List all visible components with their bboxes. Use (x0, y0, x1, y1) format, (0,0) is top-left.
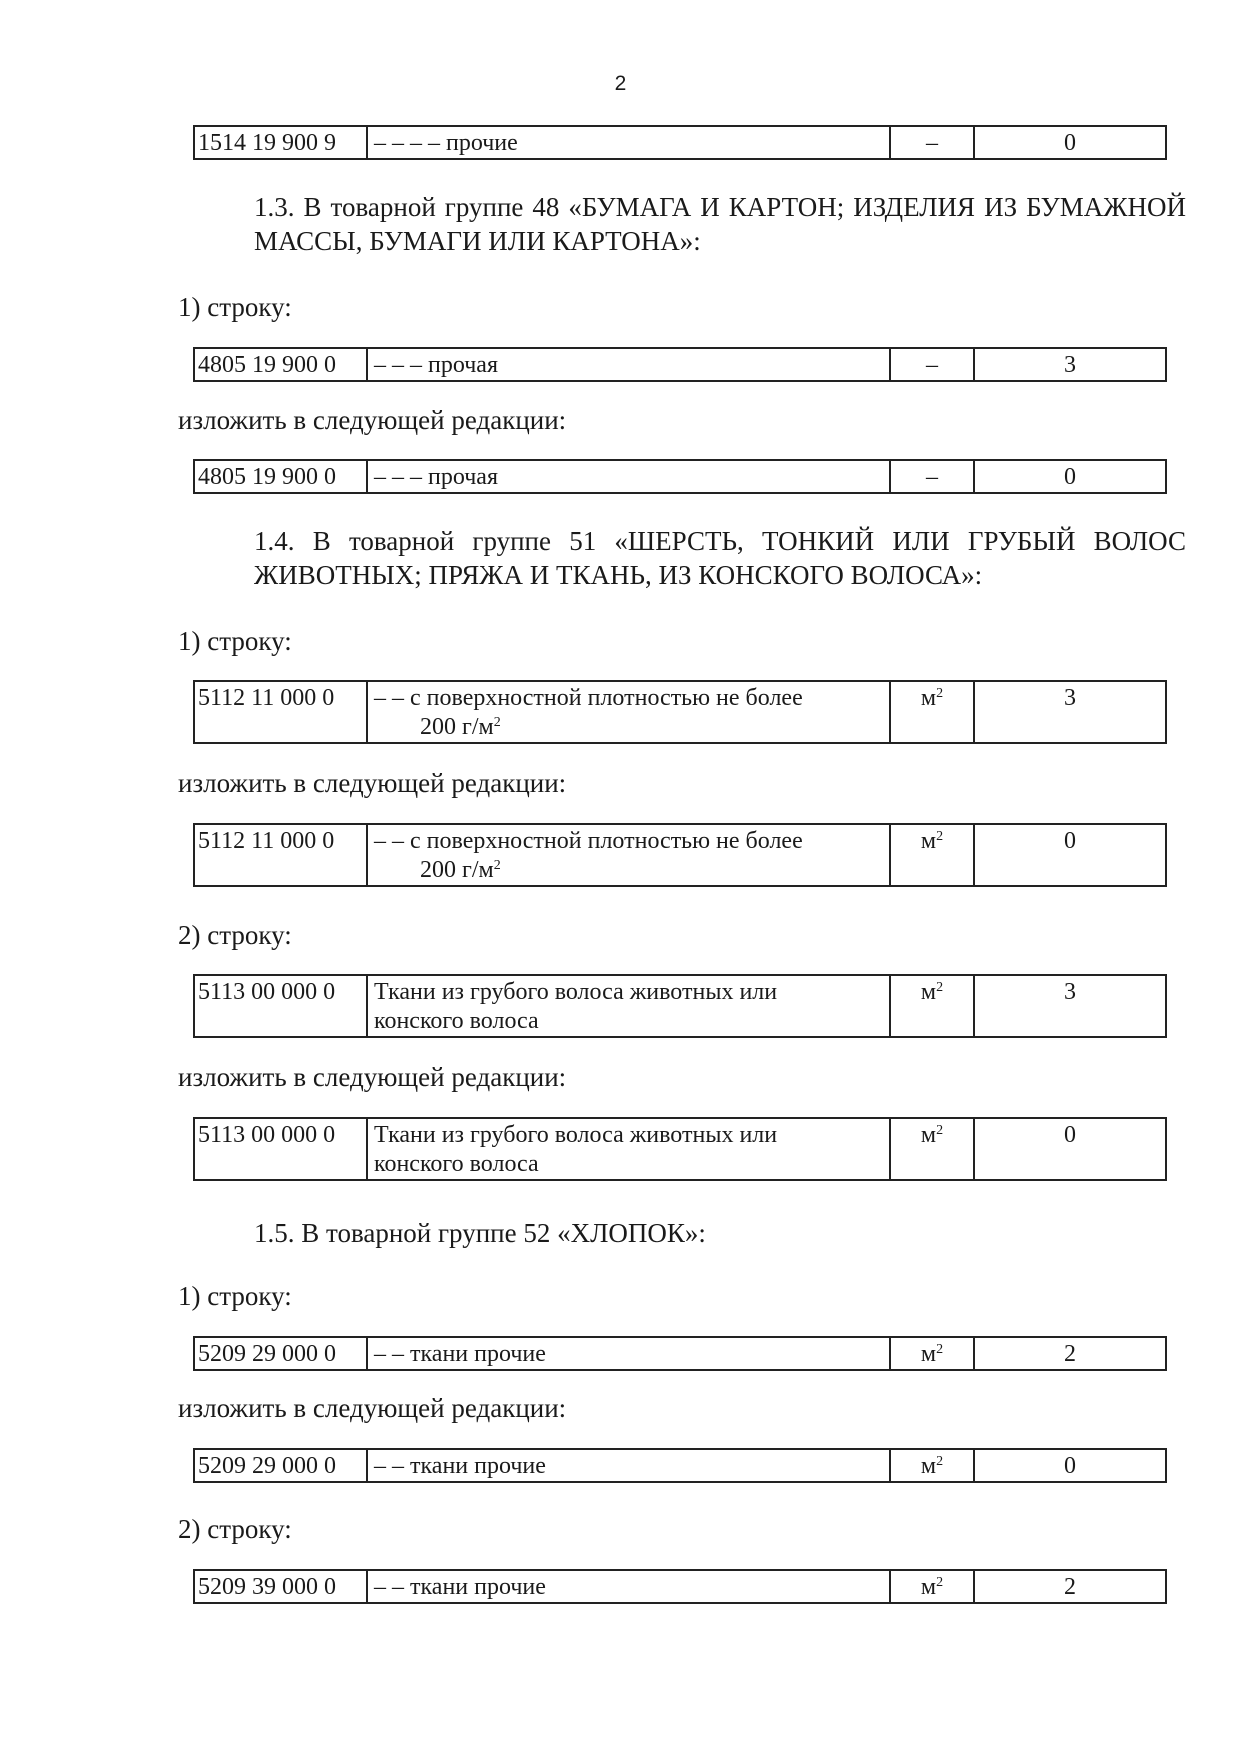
tariff-description: – – ткани прочие (367, 1449, 890, 1482)
page-number: 2 (0, 72, 1241, 96)
tariff-row-old: 5113 00 000 0 Ткани из грубого волоса жи… (193, 974, 1167, 1038)
tariff-unit: – (890, 348, 974, 381)
tariff-code: 5112 11 000 0 (194, 824, 367, 886)
tariff-description: – – ткани прочие (367, 1337, 890, 1370)
tariff-row: 1514 19 900 9 – – – – прочие – 0 (193, 125, 1167, 160)
tariff-row-old: 5209 29 000 0 – – ткани прочие м2 2 (193, 1336, 1167, 1371)
tariff-unit: – (890, 126, 974, 159)
tariff-unit: – (890, 460, 974, 493)
tariff-row-new: 5113 00 000 0 Ткани из грубого волоса жи… (193, 1117, 1167, 1181)
tariff-description: Ткани из грубого волоса животных иликонс… (367, 1118, 890, 1180)
replace-label: изложить в следующей редакции: (178, 768, 566, 799)
item-label: 2) строку: (178, 1514, 292, 1545)
item-label: 1) строку: (178, 626, 292, 657)
tariff-rate: 3 (974, 975, 1166, 1037)
tariff-unit: м2 (890, 1449, 974, 1482)
tariff-description: – – с поверхностной плотностью не более2… (367, 681, 890, 743)
tariff-rate: 0 (974, 824, 1166, 886)
tariff-code: 5112 11 000 0 (194, 681, 367, 743)
replace-label: изложить в следующей редакции: (178, 1062, 566, 1093)
tariff-unit: м2 (890, 824, 974, 886)
tariff-description: – – – прочая (367, 460, 890, 493)
tariff-unit: м2 (890, 1118, 974, 1180)
tariff-code: 5113 00 000 0 (194, 975, 367, 1037)
tariff-description: – – – прочая (367, 348, 890, 381)
tariff-code: 1514 19 900 9 (194, 126, 367, 159)
tariff-unit: м2 (890, 1337, 974, 1370)
tariff-rate: 0 (974, 1118, 1166, 1180)
tariff-row-old: 4805 19 900 0 – – – прочая – 3 (193, 347, 1167, 382)
tariff-description: – – с поверхностной плотностью не более2… (367, 824, 890, 886)
tariff-row-old: 5209 39 000 0 – – ткани прочие м2 2 (193, 1569, 1167, 1604)
tariff-row-new: 5209 29 000 0 – – ткани прочие м2 0 (193, 1448, 1167, 1483)
section-heading-1-5: 1.5. В товарной группе 52 «ХЛОПОК»: (178, 1216, 1186, 1250)
replace-label: изложить в следующей редакции: (178, 1393, 566, 1424)
tariff-rate: 0 (974, 460, 1166, 493)
tariff-code: 4805 19 900 0 (194, 348, 367, 381)
item-label: 2) строку: (178, 920, 292, 951)
tariff-code: 5209 29 000 0 (194, 1337, 367, 1370)
tariff-row-old: 5112 11 000 0 – – с поверхностной плотно… (193, 680, 1167, 744)
tariff-rate: 0 (974, 126, 1166, 159)
tariff-code: 5113 00 000 0 (194, 1118, 367, 1180)
item-label: 1) строку: (178, 1281, 292, 1312)
tariff-rate: 3 (974, 348, 1166, 381)
tariff-rate: 0 (974, 1449, 1166, 1482)
tariff-unit: м2 (890, 681, 974, 743)
tariff-code: 5209 39 000 0 (194, 1570, 367, 1603)
tariff-description: – – ткани прочие (367, 1570, 890, 1603)
item-label: 1) строку: (178, 292, 292, 323)
tariff-unit: м2 (890, 1570, 974, 1603)
tariff-unit: м2 (890, 975, 974, 1037)
tariff-row-new: 4805 19 900 0 – – – прочая – 0 (193, 459, 1167, 494)
tariff-rate: 2 (974, 1337, 1166, 1370)
tariff-description: Ткани из грубого волоса животных иликонс… (367, 975, 890, 1037)
tariff-description: – – – – прочие (367, 126, 890, 159)
tariff-code: 4805 19 900 0 (194, 460, 367, 493)
replace-label: изложить в следующей редакции: (178, 405, 566, 436)
section-heading-1-4: 1.4. В товарной группе 51 «ШЕРСТЬ, ТОНКИ… (178, 524, 1186, 592)
section-heading-1-3: 1.3. В товарной группе 48 «БУМАГА И КАРТ… (178, 190, 1186, 258)
tariff-code: 5209 29 000 0 (194, 1449, 367, 1482)
tariff-row-new: 5112 11 000 0 – – с поверхностной плотно… (193, 823, 1167, 887)
tariff-rate: 2 (974, 1570, 1166, 1603)
tariff-rate: 3 (974, 681, 1166, 743)
